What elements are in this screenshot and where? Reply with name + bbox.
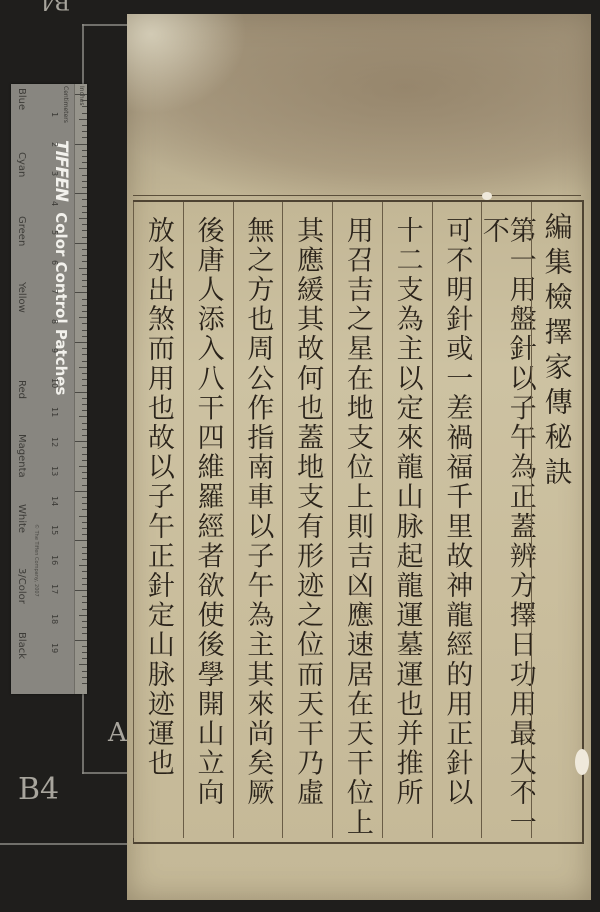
patch-label: White	[16, 504, 27, 533]
ruler-tick	[82, 106, 87, 107]
units-cm-label: Centimeters	[62, 86, 69, 123]
ruler-tick	[82, 429, 87, 430]
ruler-tick	[82, 677, 87, 678]
column-text: 用召吉之星在地支位上則吉凶應速居在天干位上	[344, 202, 371, 838]
ruler-tick	[82, 485, 87, 486]
ruler-tick	[82, 187, 87, 188]
ruler-tick	[75, 540, 87, 541]
ruler-tick	[82, 131, 87, 132]
patch-label: 3/Color	[16, 568, 27, 604]
ruler-tick	[82, 435, 87, 436]
ruler-tick	[75, 590, 87, 591]
ruler-tick	[82, 156, 87, 157]
ruler-tick	[82, 280, 87, 281]
ruler-tick	[82, 404, 87, 405]
brand-title: TIFFEN Color Control Patches	[51, 140, 71, 520]
text-column: 後唐人添入八干四維羅經者欲使後學開山立向	[183, 202, 233, 838]
ruler-tick	[82, 125, 87, 126]
patch-label: Yellow	[16, 282, 27, 313]
ruler-tick	[82, 305, 87, 306]
ruler-tick	[82, 410, 87, 411]
cm-tick-label: 17	[50, 584, 59, 594]
board-frame-line	[82, 24, 130, 26]
patch-label: Cyan	[16, 152, 27, 177]
patch-label: Blue	[16, 88, 27, 110]
ruler-tick	[82, 249, 87, 250]
ruler-tick	[79, 268, 87, 269]
ruler-tick	[82, 100, 87, 101]
ruler-tick	[82, 181, 87, 182]
ruler-tick	[82, 602, 87, 603]
ruler-tick	[75, 491, 87, 492]
ruler-tick	[82, 237, 87, 238]
ruler-tick	[82, 137, 87, 138]
ruler-tick	[75, 94, 87, 95]
ruler-tick	[82, 255, 87, 256]
ruler-tick	[82, 423, 87, 424]
ruler-tick	[82, 373, 87, 374]
text-column: 第一用盤針以子午為正蓋辨方擇日功用最大不一不	[481, 202, 531, 838]
ruler-tick	[82, 497, 87, 498]
ruler-tick	[82, 212, 87, 213]
ruler-tick	[82, 553, 87, 554]
page-highlight	[127, 14, 247, 114]
card-copyright: © The Tiffen Company, 2007	[33, 524, 39, 597]
ruler-tick	[82, 547, 87, 548]
ruler-tick	[82, 348, 87, 349]
patch-label: Red	[16, 380, 27, 399]
document-title: 編集檢擇家傳秘訣	[543, 202, 571, 838]
ruler-tick	[82, 478, 87, 479]
text-column: 用召吉之星在地支位上則吉凶應速居在天干位上	[332, 202, 382, 838]
cm-tick-label: 19	[50, 643, 59, 653]
ruler-tick	[82, 274, 87, 275]
column-text: 其應緩其故何也蓋地支有形迹之位而天干乃虛	[294, 202, 321, 838]
ruler-tick	[82, 460, 87, 461]
cm-tick-label: 16	[50, 555, 59, 565]
ruler-tick	[79, 664, 87, 665]
ruler-tick	[82, 683, 87, 684]
ruler-tick	[82, 261, 87, 262]
ruler-tick	[82, 447, 87, 448]
column-text: 可不明針或一差禍福千里故神龍經的用正針以	[443, 202, 470, 838]
cm-tick-label: 9	[50, 348, 59, 353]
cm-tick-label: 6	[50, 260, 59, 265]
ruler-tick	[82, 336, 87, 337]
ruler-tick	[82, 323, 87, 324]
ruler-tick	[79, 565, 87, 566]
ruler-tick	[82, 330, 87, 331]
ruler-tick	[75, 392, 87, 393]
ruler-tick	[75, 243, 87, 244]
patch-label: Green	[16, 216, 27, 246]
cm-tick-label: 1	[50, 112, 59, 117]
ruler-tick	[82, 652, 87, 653]
column-text: 無之方也周公作指南車以子午為主其來尚矣厥	[244, 202, 271, 838]
ruler-tick	[82, 224, 87, 225]
document-title-column: 編集檢擇家傳秘訣	[531, 202, 581, 838]
ruler-tick	[82, 633, 87, 634]
ruler-tick	[82, 199, 87, 200]
cm-tick-label: 14	[50, 496, 59, 506]
ruler-tick	[82, 646, 87, 647]
text-columns: 編集檢擇家傳秘訣 第一用盤針以子午為正蓋辨方擇日功用最大不一不 可不明針或一差禍…	[133, 202, 581, 838]
frame-double-rule	[133, 195, 581, 196]
ruler-tick	[82, 299, 87, 300]
ruler-tick	[79, 416, 87, 417]
cm-tick-label: 18	[50, 614, 59, 624]
ruler-tick	[75, 640, 87, 641]
ruler-tick	[82, 379, 87, 380]
cm-tick-label: 8	[50, 319, 59, 324]
ruler-tick	[82, 528, 87, 529]
cm-tick-label: 7	[50, 289, 59, 294]
ruler-tick	[82, 162, 87, 163]
ruler-tick	[75, 441, 87, 442]
ruler-tick	[82, 311, 87, 312]
ruler-tick	[82, 671, 87, 672]
ruler-tick	[79, 367, 87, 368]
ruler-tick	[79, 317, 87, 318]
cm-tick-label: 15	[50, 525, 59, 535]
ruler-tick	[79, 168, 87, 169]
book-page: 編集檢擇家傳秘訣 第一用盤針以子午為正蓋辨方擇日功用最大不一不 可不明針或一差禍…	[127, 14, 591, 900]
ruler-tick	[75, 193, 87, 194]
color-control-card: Centimeters Inches TIFFEN Color Control …	[11, 84, 87, 694]
ruler-tick	[75, 144, 87, 145]
card-title: Color Control Patches	[52, 212, 70, 395]
ruler-tick	[82, 503, 87, 504]
ruler-tick	[82, 571, 87, 572]
ruler-tick	[82, 230, 87, 231]
text-column: 放水出煞而用也故以子午正針定山脉迹運也	[133, 202, 183, 838]
board-frame-line	[82, 772, 130, 774]
ruler-tick	[82, 627, 87, 628]
text-column: 其應緩其故何也蓋地支有形迹之位而天干乃虛	[282, 202, 332, 838]
ruler-tick	[82, 286, 87, 287]
board-label-b4: B4	[18, 772, 59, 807]
ruler-tick	[82, 534, 87, 535]
ruler-tick	[82, 361, 87, 362]
ruler-tick	[82, 609, 87, 610]
board-frame-line	[0, 843, 128, 845]
ruler-tick	[82, 113, 87, 114]
column-text: 十二支為主以定來龍山脉起龍運墓運也并推所	[394, 202, 421, 838]
cm-tick-label: 11	[50, 407, 59, 417]
ruler-tick	[75, 342, 87, 343]
ruler-tick	[82, 354, 87, 355]
ruler-tick	[82, 206, 87, 207]
ruler-tick	[82, 596, 87, 597]
cm-tick-label: 2	[50, 142, 59, 147]
paper-damage-spot	[482, 192, 492, 200]
text-column: 可不明針或一差禍福千里故神龍經的用正針以	[432, 202, 482, 838]
cm-tick-label: 3	[50, 171, 59, 176]
ruler-tick	[82, 578, 87, 579]
ruler-tick	[82, 621, 87, 622]
cm-tick-label: 5	[50, 230, 59, 235]
ruler-tick	[82, 150, 87, 151]
units-in-label: Inches	[78, 86, 85, 106]
column-text: 後唐人添入八干四維羅經者欲使後學開山立向	[195, 202, 222, 838]
ruler-tick	[82, 385, 87, 386]
ruler-tick	[79, 218, 87, 219]
ruler-tick	[79, 119, 87, 120]
column-text: 放水出煞而用也故以子午正針定山脉迹運也	[145, 202, 172, 838]
cm-tick-label: 12	[50, 437, 59, 447]
ruler-tick	[82, 509, 87, 510]
text-column: 無之方也周公作指南車以子午為主其來尚矣厥	[233, 202, 283, 838]
ruler-tick	[82, 472, 87, 473]
ruler-tick	[75, 292, 87, 293]
cm-tick-label: 10	[50, 378, 59, 388]
patch-label: Black	[16, 632, 27, 659]
ruler-tick	[82, 658, 87, 659]
ruler-tick	[79, 466, 87, 467]
ruler-tick	[82, 175, 87, 176]
ruler-tick	[79, 615, 87, 616]
ruler-tick	[82, 454, 87, 455]
patch-label: Magenta	[16, 434, 27, 478]
board-label-top: B4	[40, 0, 70, 13]
cm-tick-label: 13	[50, 466, 59, 476]
board-label-a: A	[108, 718, 127, 748]
ruler-tick	[82, 584, 87, 585]
column-text: 第一用盤針以子午為正蓋辨方擇日功用最大不一不	[480, 202, 534, 838]
ruler-tick	[79, 516, 87, 517]
text-column: 十二支為主以定來龍山脉起龍運墓運也并推所	[382, 202, 432, 838]
ruler-tick	[82, 522, 87, 523]
cm-tick-label: 4	[50, 201, 59, 206]
ruler-tick	[82, 559, 87, 560]
ruler-tick	[82, 398, 87, 399]
